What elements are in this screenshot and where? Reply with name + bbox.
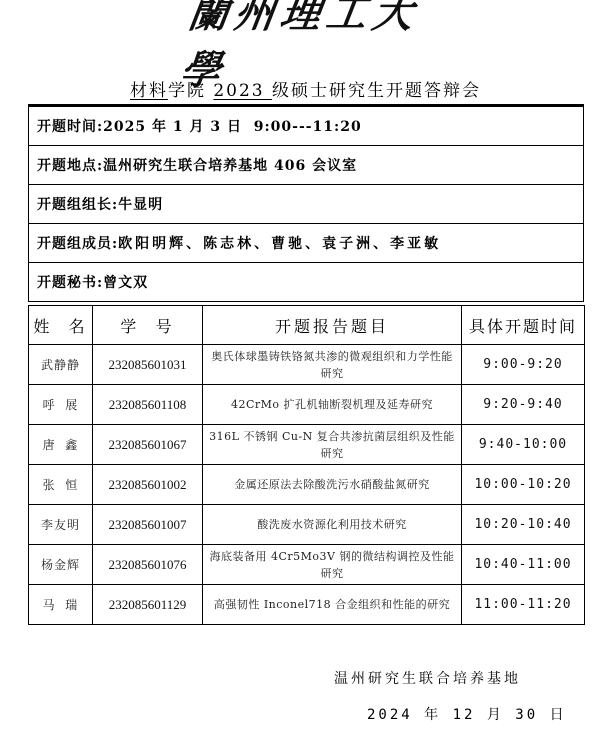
report-topic: 海底装备用 4Cr5Mo3V 钢的微结构调控及性能研究 bbox=[203, 545, 462, 585]
student-id: 232085601067 bbox=[93, 425, 203, 465]
secretary-label: 开题秘书: bbox=[37, 275, 103, 291]
student-id: 232085601031 bbox=[93, 345, 203, 385]
schedule-table: 姓 名 学 号 开题报告题目 具体开题时间 武静静 232085601031 奥… bbox=[28, 305, 585, 625]
info-cell-secretary: 开题秘书:曾文双 bbox=[29, 263, 584, 302]
report-topic: 高强韧性 Inconel718 合金组织和性能的研究 bbox=[203, 585, 462, 625]
members-label: 开题组成员: bbox=[37, 236, 118, 252]
title-college-suffix: 学院 bbox=[168, 81, 213, 101]
column-header-name: 姓 名 bbox=[29, 306, 93, 345]
table-row: 张 恒 232085601002 金属还原法去除酸洗污水硝酸盐氮研究 10:00… bbox=[29, 465, 585, 505]
student-name: 李友明 bbox=[29, 505, 93, 545]
presentation-time: 9:00-9:20 bbox=[462, 345, 585, 385]
presentation-time: 10:40-11:00 bbox=[462, 545, 585, 585]
student-name: 呼 展 bbox=[29, 385, 93, 425]
presentation-time: 11:00-11:20 bbox=[462, 585, 585, 625]
time-label: 开题时间: bbox=[37, 119, 103, 135]
column-header-time: 具体开题时间 bbox=[462, 306, 585, 345]
info-row-secretary: 开题秘书:曾文双 bbox=[29, 263, 584, 302]
student-name: 马 瑞 bbox=[29, 585, 93, 625]
info-cell-members: 开题组成员:欧阳明辉、陈志林、曹驰、袁子洲、李亚敏 bbox=[29, 224, 584, 263]
university-logo: 蘭州理工大學 bbox=[181, 8, 440, 70]
column-header-student-id: 学 号 bbox=[93, 306, 203, 345]
table-row: 李友明 232085601007 酸洗废水资源化利用技术研究 10:20-10:… bbox=[29, 505, 585, 545]
table-row: 杨金辉 232085601076 海底装备用 4Cr5Mo3V 钢的微结构调控及… bbox=[29, 545, 585, 585]
issue-date: 2024 年 12 月 30 日 bbox=[367, 704, 567, 724]
student-name: 杨金辉 bbox=[29, 545, 93, 585]
report-topic: 316L 不锈钢 Cu-N 复合共渗抗菌层组织及性能研究 bbox=[203, 425, 462, 465]
student-id: 232085601129 bbox=[93, 585, 203, 625]
student-id: 232085601002 bbox=[93, 465, 203, 505]
members-value: 欧阳明辉、陈志林、曹驰、袁子洲、李亚敏 bbox=[118, 236, 441, 252]
info-row-leader: 开题组组长:牛显明 bbox=[29, 185, 584, 224]
info-cell-location: 开题地点:温州研究生联合培养基地 406 会议室 bbox=[29, 146, 584, 185]
title-event: 级硕士研究生开题答辩会 bbox=[272, 81, 481, 101]
info-row-time: 开题时间:2025 年 1 月 3 日 9:00---11:20 bbox=[29, 107, 584, 146]
title-year: 2023 bbox=[213, 81, 272, 101]
student-name: 唐 鑫 bbox=[29, 425, 93, 465]
info-cell-time: 开题时间:2025 年 1 月 3 日 9:00---11:20 bbox=[29, 107, 584, 146]
leader-value: 牛显明 bbox=[118, 197, 163, 213]
schedule-header-row: 姓 名 学 号 开题报告题目 具体开题时间 bbox=[29, 306, 585, 345]
leader-label: 开题组组长: bbox=[37, 197, 118, 213]
table-row: 马 瑞 232085601129 高强韧性 Inconel718 合金组织和性能… bbox=[29, 585, 585, 625]
location-label: 开题地点: bbox=[37, 158, 103, 174]
presentation-time: 10:00-10:20 bbox=[462, 465, 585, 505]
student-id: 232085601076 bbox=[93, 545, 203, 585]
report-topic: 42CrMo 扩孔机轴断裂机理及延寿研究 bbox=[203, 385, 462, 425]
student-name: 张 恒 bbox=[29, 465, 93, 505]
issuing-organization: 温州研究生联合培养基地 bbox=[334, 668, 521, 688]
presentation-time: 9:40-10:00 bbox=[462, 425, 585, 465]
student-id: 232085601108 bbox=[93, 385, 203, 425]
page-title: 材料学院 2023 级硕士研究生开题答辩会 bbox=[28, 76, 583, 102]
student-name: 武静静 bbox=[29, 345, 93, 385]
report-topic: 奥氏体球墨铸铁铬氮共渗的微观组织和力学性能研究 bbox=[203, 345, 462, 385]
report-topic: 酸洗废水资源化利用技术研究 bbox=[203, 505, 462, 545]
secretary-value: 曾文双 bbox=[103, 275, 148, 291]
title-college: 材料 bbox=[130, 81, 168, 101]
presentation-time: 10:20-10:40 bbox=[462, 505, 585, 545]
info-row-members: 开题组成员:欧阳明辉、陈志林、曹驰、袁子洲、李亚敏 bbox=[29, 224, 584, 263]
location-value: 温州研究生联合培养基地 406 会议室 bbox=[103, 158, 357, 174]
presentation-time: 9:20-9:40 bbox=[462, 385, 585, 425]
table-row: 呼 展 232085601108 42CrMo 扩孔机轴断裂机理及延寿研究 9:… bbox=[29, 385, 585, 425]
time-value: 2025 年 1 月 3 日 9:00---11:20 bbox=[103, 119, 362, 135]
info-cell-leader: 开题组组长:牛显明 bbox=[29, 185, 584, 224]
table-row: 武静静 232085601031 奥氏体球墨铸铁铬氮共渗的微观组织和力学性能研究… bbox=[29, 345, 585, 385]
table-row: 唐 鑫 232085601067 316L 不锈钢 Cu-N 复合共渗抗菌层组织… bbox=[29, 425, 585, 465]
info-row-location: 开题地点:温州研究生联合培养基地 406 会议室 bbox=[29, 146, 584, 185]
student-id: 232085601007 bbox=[93, 505, 203, 545]
meeting-info-table: 开题时间:2025 年 1 月 3 日 9:00---11:20 开题地点:温州… bbox=[28, 106, 584, 302]
report-topic: 金属还原法去除酸洗污水硝酸盐氮研究 bbox=[203, 465, 462, 505]
column-header-topic: 开题报告题目 bbox=[203, 306, 462, 345]
